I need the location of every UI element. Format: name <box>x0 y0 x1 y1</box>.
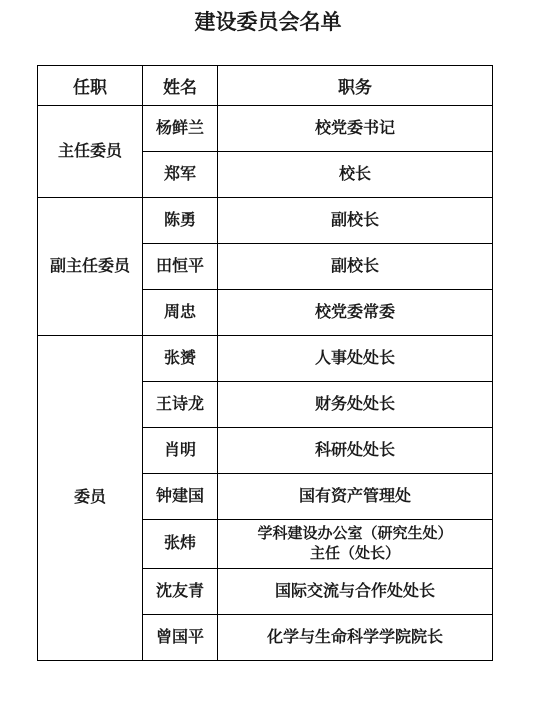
name-cell: 钟建国 <box>143 474 218 520</box>
header-duty: 职务 <box>218 66 493 106</box>
duty-cell: 国际交流与合作处处长 <box>218 569 493 615</box>
name-cell: 王诗龙 <box>143 382 218 428</box>
duty-cell: 学科建设办公室（研究生处）主任（处长） <box>218 520 493 569</box>
name-cell: 周忠 <box>143 290 218 336</box>
role-cell: 主任委员 <box>38 106 143 198</box>
name-cell: 陈勇 <box>143 198 218 244</box>
duty-cell: 科研处处长 <box>218 428 493 474</box>
table-row: 主任委员杨鲜兰校党委书记 <box>38 106 493 152</box>
name-cell: 郑军 <box>143 152 218 198</box>
table-row: 委员张赟人事处处长 <box>38 336 493 382</box>
duty-cell: 校长 <box>218 152 493 198</box>
name-cell: 张炜 <box>143 520 218 569</box>
name-cell: 肖明 <box>143 428 218 474</box>
name-cell: 曾国平 <box>143 615 218 661</box>
header-role: 任职 <box>38 66 143 106</box>
committee-table: 任职 姓名 职务 主任委员杨鲜兰校党委书记郑军校长副主任委员陈勇副校长田恒平副校… <box>37 65 493 661</box>
duty-cell: 副校长 <box>218 244 493 290</box>
duty-cell: 校党委常委 <box>218 290 493 336</box>
page-title: 建设委员会名单 <box>0 9 536 36</box>
name-cell: 张赟 <box>143 336 218 382</box>
duty-cell: 校党委书记 <box>218 106 493 152</box>
role-cell: 副主任委员 <box>38 198 143 336</box>
name-cell: 沈友青 <box>143 569 218 615</box>
duty-cell: 财务处处长 <box>218 382 493 428</box>
table-row: 副主任委员陈勇副校长 <box>38 198 493 244</box>
name-cell: 杨鲜兰 <box>143 106 218 152</box>
header-name: 姓名 <box>143 66 218 106</box>
duty-cell: 国有资产管理处 <box>218 474 493 520</box>
duty-cell: 化学与生命科学学院院长 <box>218 615 493 661</box>
header-row: 任职 姓名 职务 <box>38 66 493 106</box>
name-cell: 田恒平 <box>143 244 218 290</box>
duty-cell: 副校长 <box>218 198 493 244</box>
committee-table-body: 主任委员杨鲜兰校党委书记郑军校长副主任委员陈勇副校长田恒平副校长周忠校党委常委委… <box>38 106 493 661</box>
role-cell: 委员 <box>38 336 143 661</box>
duty-cell: 人事处处长 <box>218 336 493 382</box>
